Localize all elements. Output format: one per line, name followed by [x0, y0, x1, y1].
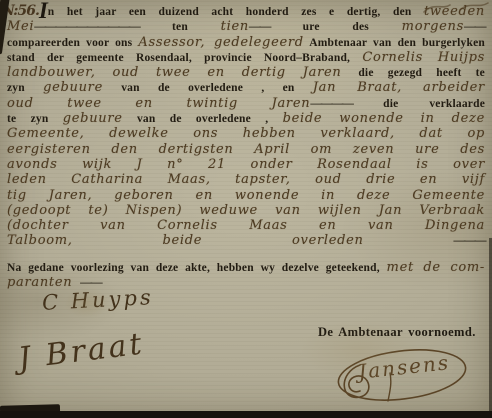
witness2-signature: J Braat [16, 326, 146, 376]
handwritten-text: beide wonende in deze [283, 111, 485, 126]
act-line-4: stand der gemeente Rosendaal, provincie … [7, 49, 485, 64]
handwritten-text: met de com- [387, 260, 485, 275]
paper-stain [64, 288, 110, 318]
handwritten-text: gebuure [43, 80, 103, 95]
act-line-5: landbouwer, oud twee en dertig Jaren die… [7, 64, 485, 79]
act-text-block: N:56.In het jaar een duizend acht honder… [7, 3, 485, 289]
ink-dash: —— [464, 19, 485, 33]
handwritten-text: tien [221, 19, 249, 34]
handwritten-text: Assessor, gedelegeerd [138, 35, 303, 50]
printed-text: Na gedane voorlezing van deze akte, hebb… [7, 262, 387, 274]
handwritten-text: (gedoopt te) Nispen) weduwe van wijlen J… [7, 203, 485, 218]
printed-text: ure des [270, 21, 402, 33]
ink-dash: ———— [310, 96, 352, 110]
printed-text: die verklaarde [352, 98, 485, 110]
paper-stain [300, 320, 420, 380]
act-line-16: Talboom, beide overleden ——— [7, 232, 485, 247]
printed-text: van de overledene , en [103, 82, 313, 94]
ink-dash: ——— [454, 233, 486, 247]
act-line-8: te zyn gebuure van de overledene , beide… [7, 110, 485, 125]
handwritten-text: tweeden [424, 4, 485, 19]
printed-text: van de overledene , [123, 113, 283, 125]
act-line-17: Na gedane voorlezing van deze akte, hebb… [7, 259, 485, 274]
printed-text: n het jaar een duizend acht honderd zes … [48, 6, 424, 18]
printed-text: ten [139, 21, 220, 33]
act-line-14: (gedoopt te) Nispen) weduwe van wijlen J… [7, 202, 485, 217]
printed-text: te zyn [7, 113, 63, 125]
act-line-18: paranten —— [7, 274, 485, 289]
ink-dash: —— [249, 19, 270, 33]
handwritten-text: leden Catharina Maas, tapster, oud drie … [7, 172, 485, 187]
act-line-13: tig Jaren, geboren en wonende in deze Ge… [7, 187, 485, 202]
handwritten-text: morgens [402, 19, 464, 34]
handwritten-text: tig Jaren, geboren en wonende in deze Ge… [7, 188, 485, 203]
handwritten-text: eergisteren den dertigsten April om zeve… [7, 142, 485, 157]
printed-text: Ambtenaar van den burgerlyken [304, 37, 485, 49]
printed-text: zyn [7, 82, 43, 94]
handwritten-text: gebuure [63, 111, 123, 126]
handwritten-text: Cornelis Huijps [362, 50, 485, 65]
act-line-2: Mei—————————— ten tien—— ure des morgens… [7, 18, 485, 33]
document-scan: N:56.In het jaar een duizend acht honder… [0, 0, 492, 418]
act-line-9: Gemeente, dewelke ons hebben verklaard, … [7, 125, 485, 140]
handwritten-text: Jan Braat, arbeider [313, 80, 485, 95]
handwritten-text: avonds wijk J n° 21 onder Rosendaal is o… [7, 157, 485, 172]
act-line-12: leden Catharina Maas, tapster, oud drie … [7, 171, 485, 186]
printed-text: die gezegd heeft te [358, 67, 485, 79]
handwritten-text: landbouwer, oud twee en dertig Jaren [7, 65, 358, 80]
act-line-10: eergisteren den dertigsten April om zeve… [7, 141, 485, 156]
ink-dash: —————————— [34, 19, 139, 33]
handwritten-text: Gemeente, dewelke ons hebben verklaard, … [7, 126, 485, 141]
act-line-1: N:56.In het jaar een duizend acht honder… [7, 3, 485, 18]
act-line-15: (dochter van Cornelis Maas en van Dingen… [7, 217, 485, 232]
handwritten-text: Mei [7, 19, 34, 34]
act-line-6: zyn gebuure van de overledene , en Jan B… [7, 79, 485, 94]
handwritten-text: (dochter van Cornelis Maas en van Dingen… [7, 218, 485, 233]
handwritten-text: oud twee en twintig Jaren [7, 96, 310, 111]
printed-text: compareerden voor ons [7, 37, 138, 49]
act-line-11: avonds wijk J n° 21 onder Rosendaal is o… [7, 156, 485, 171]
printed-text: stand der gemeente Rosendaal, provincie … [7, 52, 362, 64]
act-line-7: oud twee en twintig Jaren———— die verkla… [7, 95, 485, 110]
handwritten-text: paranten [7, 275, 80, 290]
act-line-3: compareerden voor ons Assessor, gedelege… [7, 34, 485, 49]
scan-edge-artifact [0, 411, 492, 418]
handwritten-text: Talboom, beide overleden [7, 233, 454, 248]
